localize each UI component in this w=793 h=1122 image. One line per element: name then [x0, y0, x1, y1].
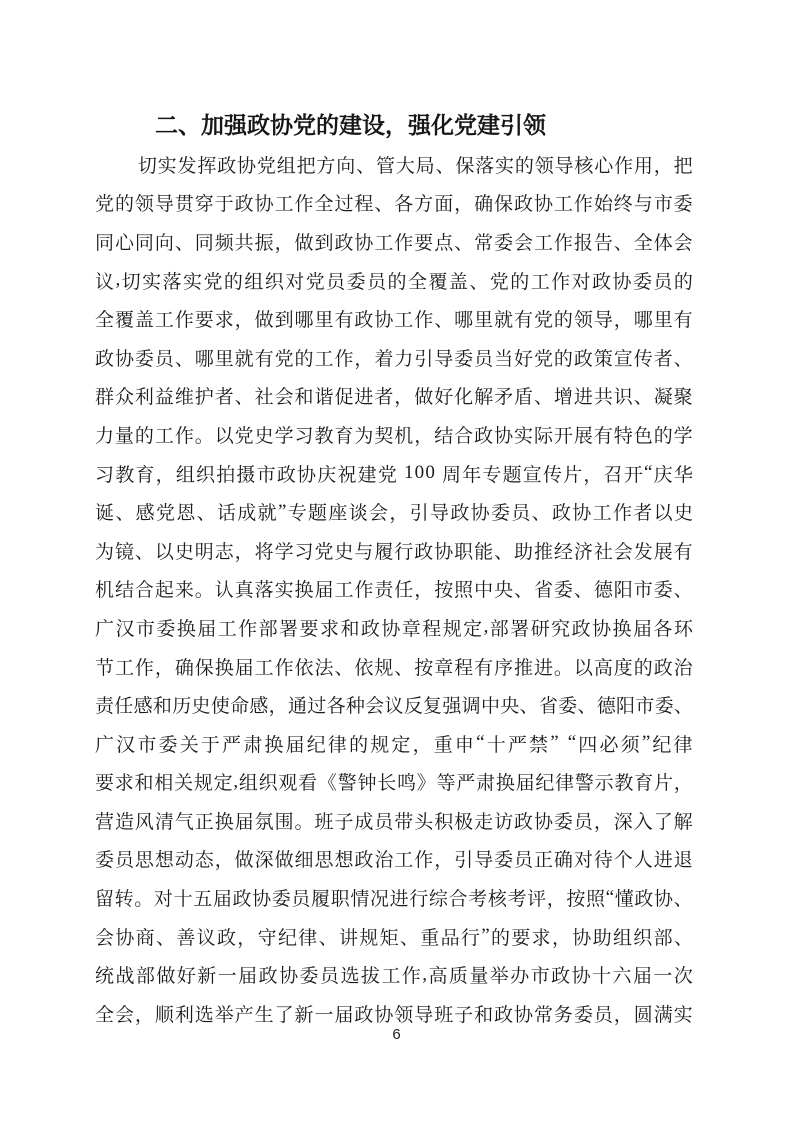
- text-line: 党的领导贯穿于政协工作全过程、各方面，确保政协工作始终与市委: [95, 184, 693, 223]
- text-line: 诞、感党恩、话成就”专题座谈会，引导政协委员、政协工作者以史: [95, 492, 693, 531]
- page-number: 6: [0, 1026, 793, 1043]
- text-line: 习教育，组织拍摄市政协庆祝建党 100 周年专题宣传片，召开“庆华: [95, 454, 693, 493]
- text-line: 会协商、善议政，守纪律、讲规矩、重品行”的要求，协助组织部、: [95, 917, 693, 956]
- text-line: 委员思想动态，做深做细思想政治工作，引导委员正确对待个人进退: [95, 840, 693, 879]
- document-body: 二、加强政协党的建设，强化党建引领 切实发挥政协党组把方向、管大局、保落实的领导…: [95, 106, 693, 1033]
- text-line: 同心同向、同频共振，做到政协工作要点、常委会工作报告、全体会: [95, 222, 693, 261]
- text-line: 机结合起来。认真落实换届工作责任，按照中央、省委、德阳市委、: [95, 570, 693, 609]
- text-line: 政协委员、哪里就有党的工作，着力引导委员当好党的政策宣传者、: [95, 338, 693, 377]
- text-line: 广汉市委换届工作部署要求和政协章程规定,部署研究政协换届各环: [95, 608, 693, 647]
- text-line: 为镜、以史明志，将学习党史与履行政协职能、助推经济社会发展有: [95, 531, 693, 570]
- text-line: 要求和相关规定,组织观看《警钟长鸣》等严肃换届纪律警示教育片，: [95, 763, 693, 802]
- text-line: 营造风清气正换届氛围。班子成员带头积极走访政协委员，深入了解: [95, 801, 693, 840]
- text-line: 议,切实落实党的组织对党员委员的全覆盖、党的工作对政协委员的: [95, 261, 693, 300]
- text-line: 切实发挥政协党组把方向、管大局、保落实的领导核心作用，把: [95, 145, 693, 184]
- text-line: 留转。对十五届政协委员履职情况进行综合考核考评，按照“懂政协、: [95, 878, 693, 917]
- text-line: 广汉市委关于严肃换届纪律的规定，重申“十严禁” “四必须”纪律: [95, 724, 693, 763]
- text-line: 群众利益维护者、社会和谐促进者，做好化解矛盾、增进共识、凝聚: [95, 377, 693, 416]
- text-line: 责任感和历史使命感，通过各种会议反复强调中央、省委、德阳市委、: [95, 685, 693, 724]
- text-line: 节工作，确保换届工作依法、依规、按章程有序推进。以高度的政治: [95, 647, 693, 686]
- body-paragraph: 切实发挥政协党组把方向、管大局、保落实的领导核心作用，把党的领导贯穿于政协工作全…: [95, 145, 693, 1033]
- document-page: 二、加强政协党的建设，强化党建引领 切实发挥政协党组把方向、管大局、保落实的领导…: [0, 0, 793, 1122]
- text-line: 力量的工作。以党史学习教育为契机，结合政协实际开展有特色的学: [95, 415, 693, 454]
- text-line: 统战部做好新一届政协委员选拔工作,高质量举办市政协十六届一次: [95, 955, 693, 994]
- text-line: 全覆盖工作要求，做到哪里有政协工作、哪里就有党的领导，哪里有: [95, 299, 693, 338]
- section-heading: 二、加强政协党的建设，强化党建引领: [95, 106, 693, 145]
